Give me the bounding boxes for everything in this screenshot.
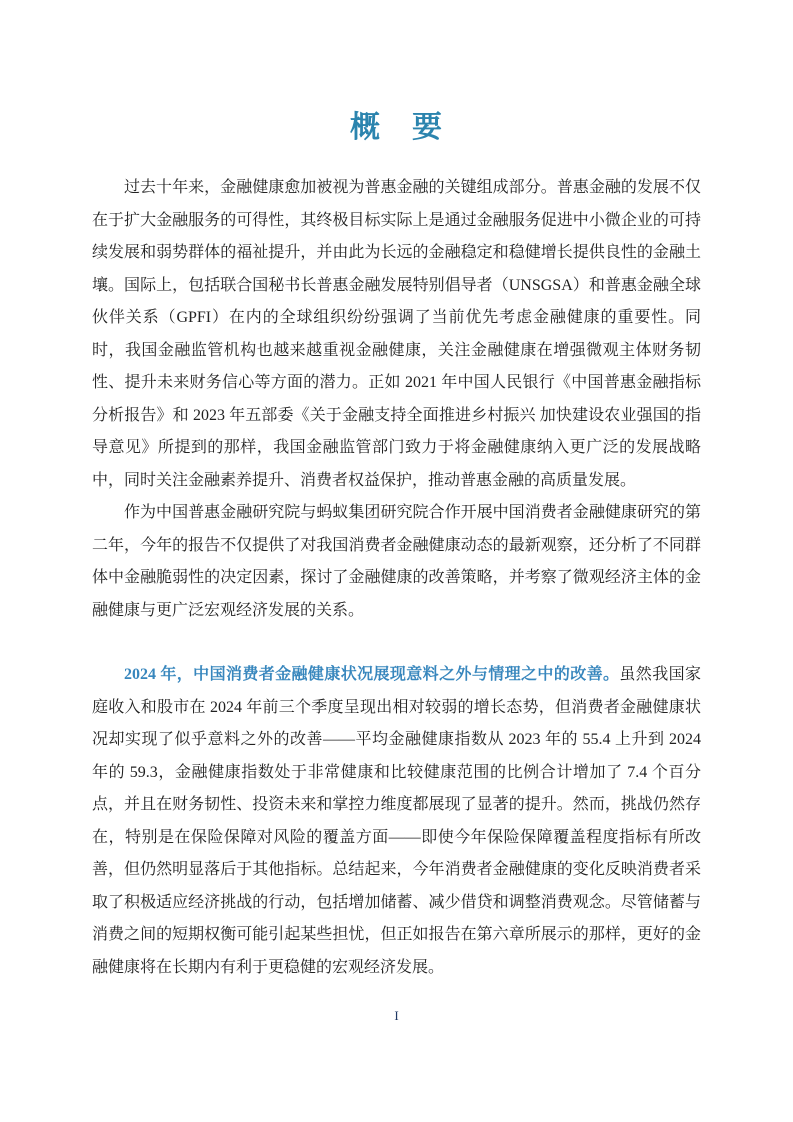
paragraph-1: 过去十年来，金融健康愈加被视为普惠金融的关键组成部分。普惠金融的发展不仅在于扩大… bbox=[92, 172, 701, 497]
document-page: 概 要 过去十年来，金融健康愈加被视为普惠金融的关键组成部分。普惠金融的发展不仅… bbox=[0, 0, 793, 1122]
page-content: 概 要 过去十年来，金融健康愈加被视为普惠金融的关键组成部分。普惠金融的发展不仅… bbox=[92, 106, 701, 984]
page-title: 概 要 bbox=[92, 106, 701, 150]
page-number: I bbox=[0, 1006, 793, 1026]
paragraph-3: 2024 年，中国消费者金融健康状况展现意料之外与情理之中的改善。虽然我国家庭收… bbox=[92, 659, 701, 984]
paragraph-2: 作为中国普惠金融研究院与蚂蚁集团研究院合作开展中国消费者金融健康研究的第二年，今… bbox=[92, 497, 701, 627]
highlight-sentence: 2024 年，中国消费者金融健康状况展现意料之外与情理之中的改善。 bbox=[124, 666, 619, 683]
paragraph-3-body: 虽然我国家庭收入和股市在 2024 年前三个季度呈现出相对较弱的增长态势，但消费… bbox=[92, 666, 701, 976]
